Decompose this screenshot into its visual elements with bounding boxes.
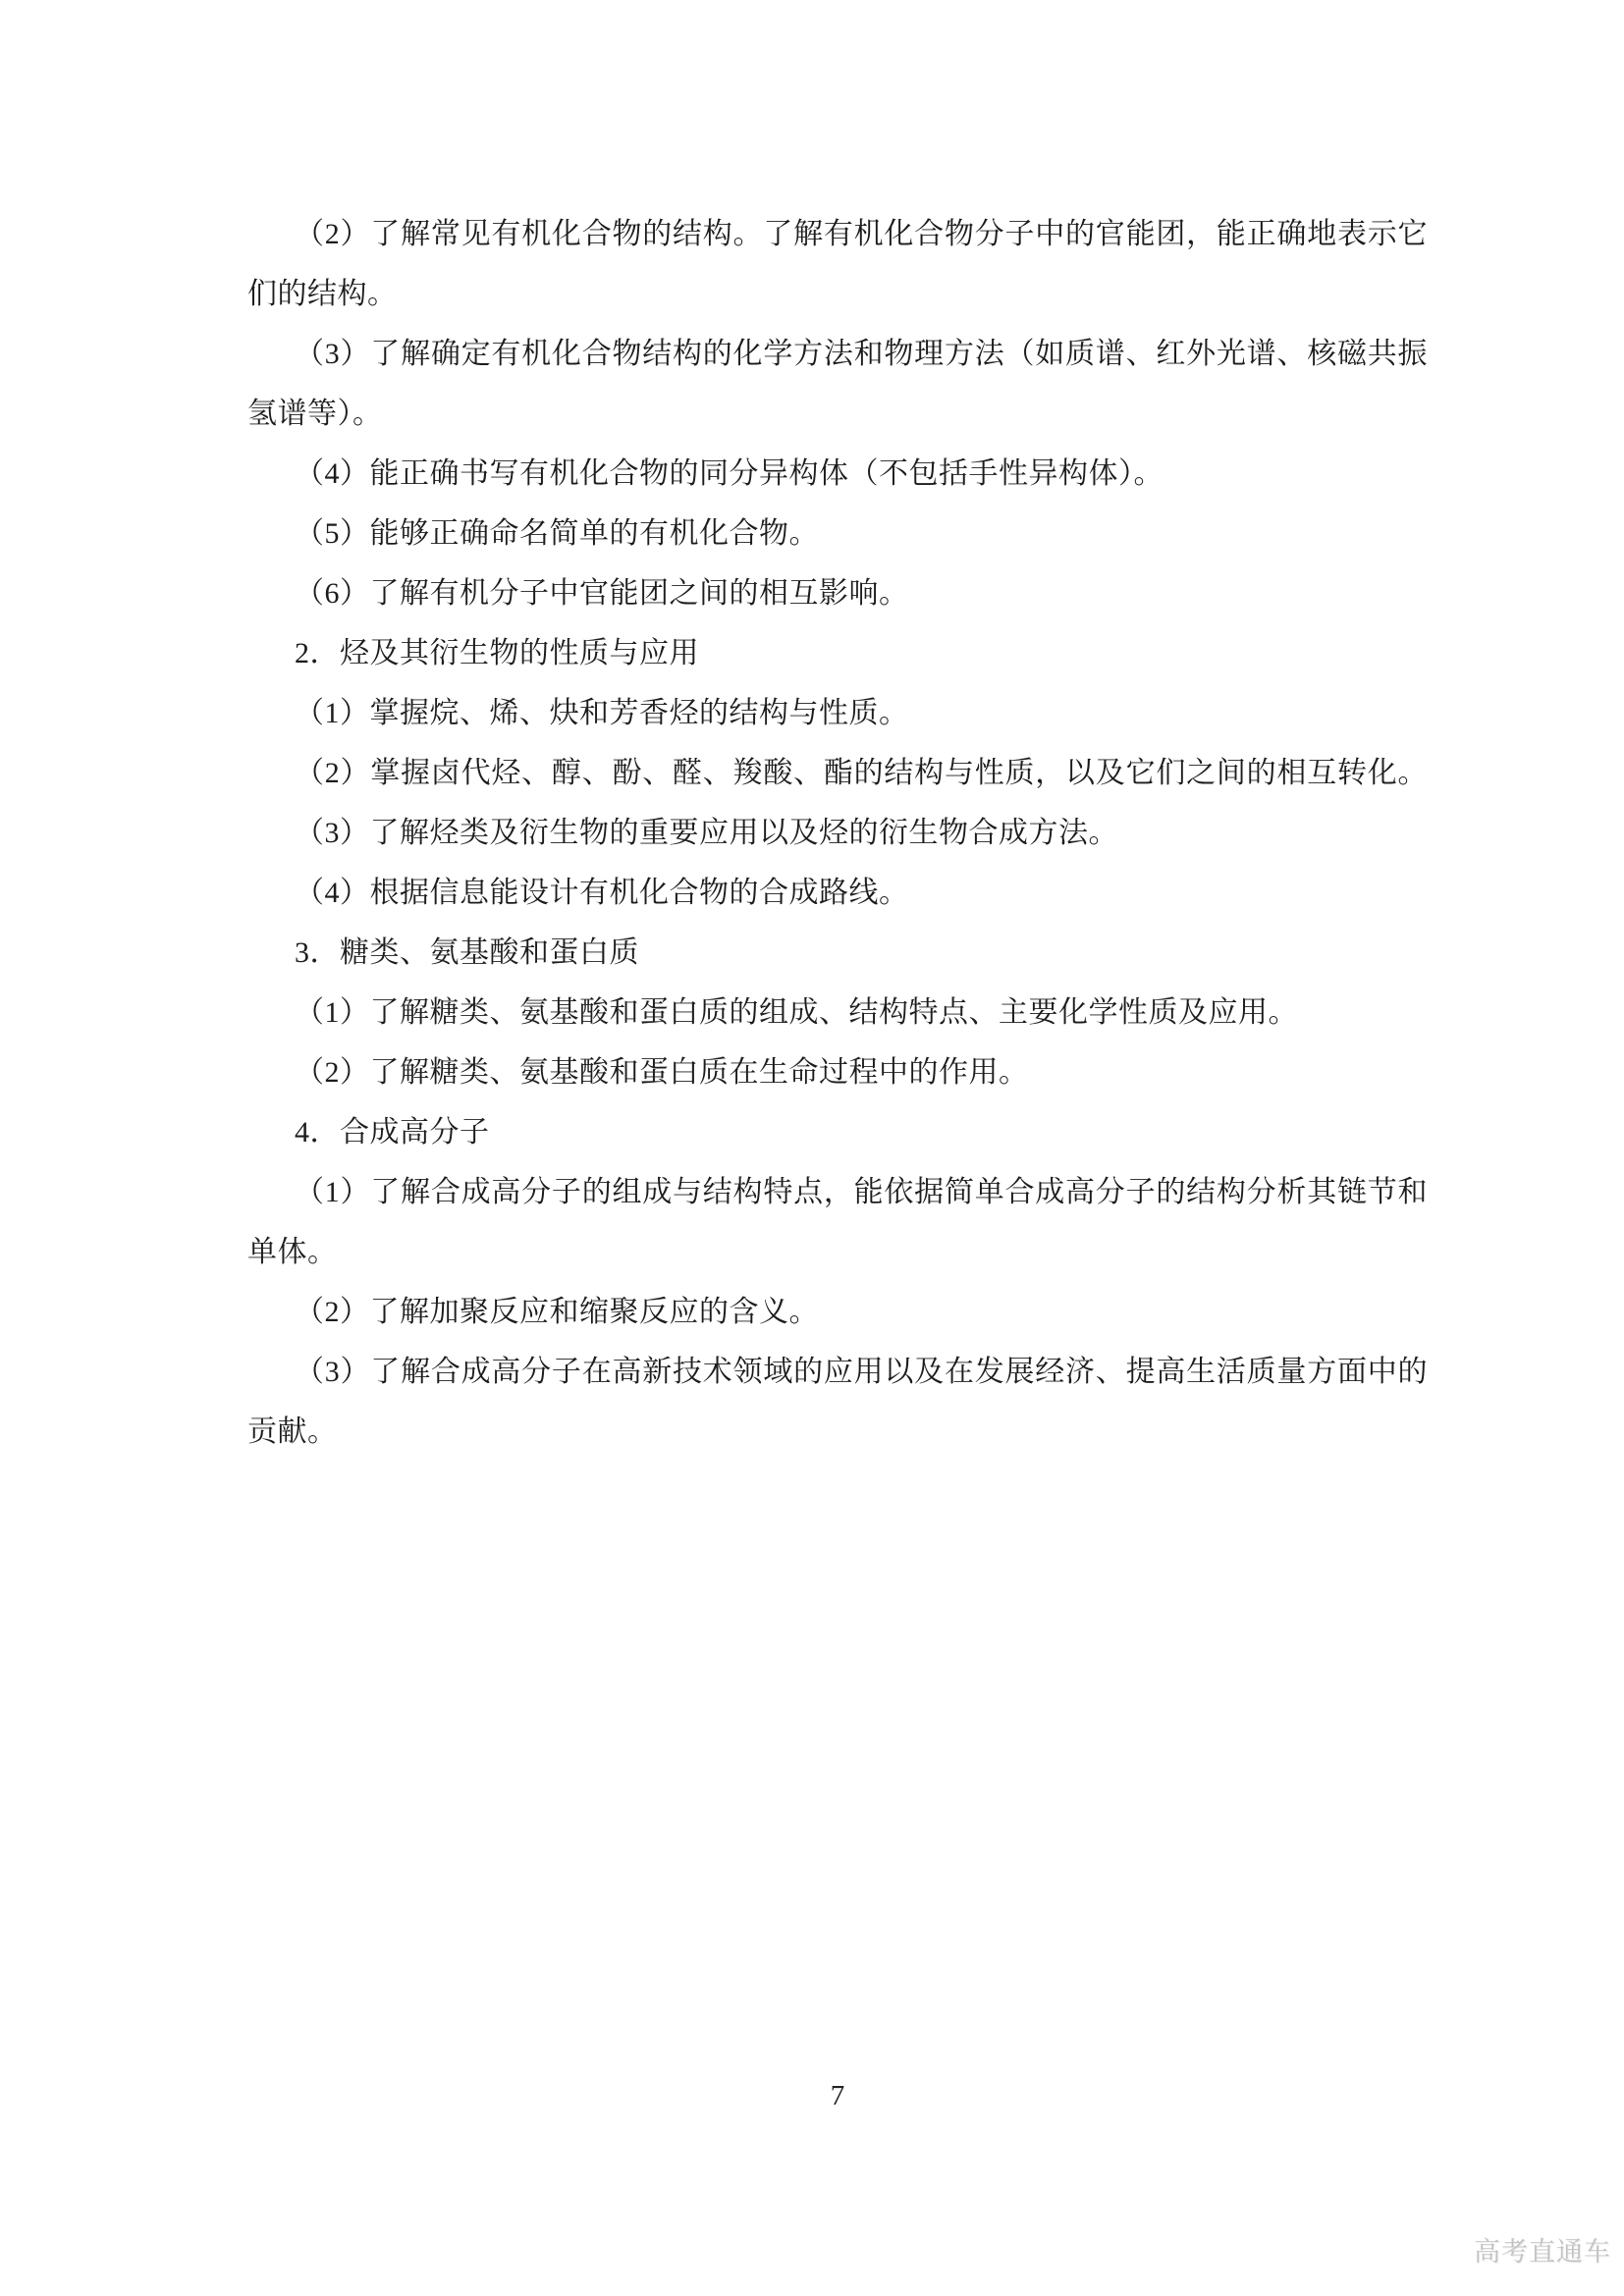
doc-section-4-heading: 4．合成高分子 <box>247 1102 1428 1162</box>
document-page: （2）了解常见有机化合物的结构。了解有机化合物分子中的官能团，能正确地表示它 们… <box>0 0 1624 2296</box>
doc-line-s4-item3-wrap2: 贡献。 <box>247 1402 1428 1462</box>
doc-line-item3-wrap1: （3）了解确定有机化合物结构的化学方法和物理方法（如质谱、红外光谱、核磁共振 <box>247 324 1428 384</box>
doc-line-item4: （4）能正确书写有机化合物的同分异构体（不包括手性异构体）。 <box>247 444 1428 504</box>
page-number: 7 <box>247 2079 1428 2112</box>
doc-line-item2-wrap1: （2）了解常见有机化合物的结构。了解有机化合物分子中的官能团，能正确地表示它 <box>247 204 1428 264</box>
doc-line-s3-item1: （1）了解糖类、氨基酸和蛋白质的组成、结构特点、主要化学性质及应用。 <box>247 983 1428 1042</box>
doc-line-s2-item1: （1）掌握烷、烯、炔和芳香烃的结构与性质。 <box>247 683 1428 743</box>
doc-line-item5: （5）能够正确命名简单的有机化合物。 <box>247 504 1428 563</box>
doc-line-s4-item3-wrap1: （3）了解合成高分子在高新技术领域的应用以及在发展经济、提高生活质量方面中的 <box>247 1342 1428 1402</box>
doc-line-s2-item2: （2）掌握卤代烃、醇、酚、醛、羧酸、酯的结构与性质，以及它们之间的相互转化。 <box>247 743 1428 803</box>
doc-line-item6: （6）了解有机分子中官能团之间的相互影响。 <box>247 563 1428 623</box>
doc-line-s2-item4: （4）根据信息能设计有机化合物的合成路线。 <box>247 863 1428 923</box>
doc-line-s3-item2: （2）了解糖类、氨基酸和蛋白质在生命过程中的作用。 <box>247 1042 1428 1102</box>
document-body: （2）了解常见有机化合物的结构。了解有机化合物分子中的官能团，能正确地表示它 们… <box>247 204 1428 1462</box>
doc-line-s4-item1-wrap2: 单体。 <box>247 1222 1428 1282</box>
doc-line-s2-item3: （3）了解烃类及衍生物的重要应用以及烃的衍生物合成方法。 <box>247 803 1428 863</box>
doc-line-item3-wrap2: 氢谱等）。 <box>247 384 1428 444</box>
doc-line-s4-item2: （2）了解加聚反应和缩聚反应的含义。 <box>247 1282 1428 1342</box>
doc-section-2-heading: 2．烃及其衍生物的性质与应用 <box>247 623 1428 683</box>
watermark-brand: 高考直通车 <box>1474 2236 1611 2268</box>
doc-line-item2-wrap2: 们的结构。 <box>247 264 1428 324</box>
doc-section-3-heading: 3．糖类、氨基酸和蛋白质 <box>247 923 1428 983</box>
doc-line-s4-item1-wrap1: （1）了解合成高分子的组成与结构特点，能依据简单合成高分子的结构分析其链节和 <box>247 1162 1428 1222</box>
